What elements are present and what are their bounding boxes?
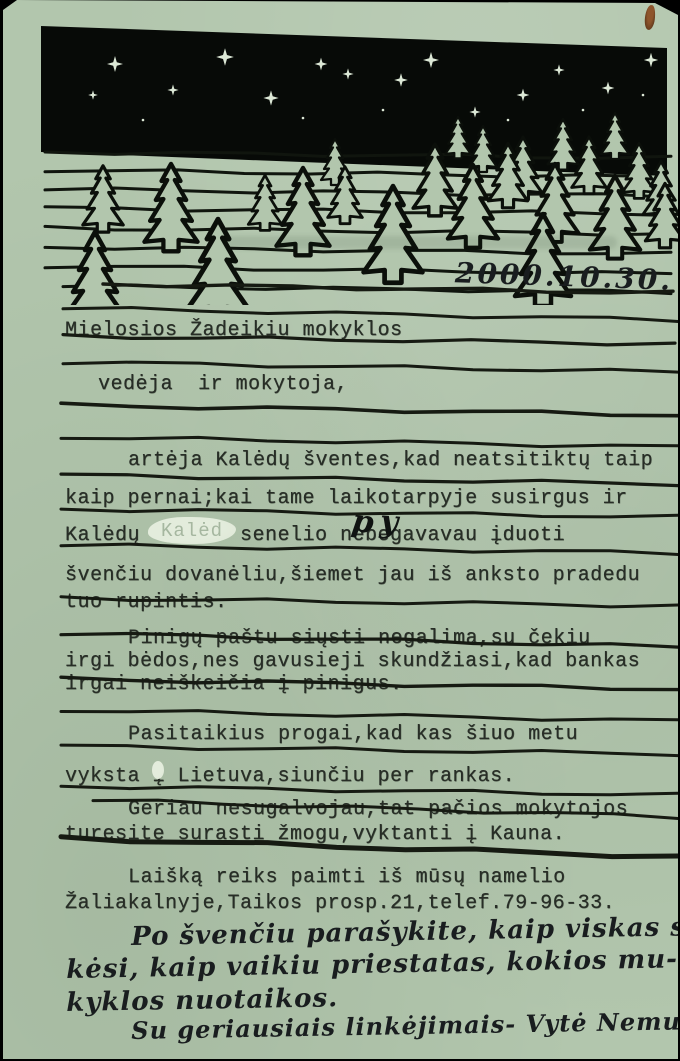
- typed-line: vedėja ir mokytoja,: [98, 374, 348, 396]
- pine-tree: [643, 161, 679, 221]
- winter-forest-illustration: [3, 0, 680, 305]
- pine-tree: [504, 137, 542, 200]
- whiteout-correction: Kalėd: [148, 517, 236, 544]
- stars-group: [88, 48, 658, 121]
- ruled-line: [61, 474, 679, 486]
- ink-bleedthrough: [225, 236, 617, 249]
- ruled-line: [61, 711, 679, 721]
- pine-tree: [328, 167, 363, 224]
- pine-tree: [364, 186, 423, 283]
- ruled-line: [61, 745, 679, 756]
- star-icon: [602, 82, 615, 95]
- typed-line: tuo rupintis.: [65, 592, 228, 614]
- pine-tree: [67, 232, 123, 305]
- pine-tree: [83, 166, 123, 232]
- typed-line: irgai neiškeičia į pinigus.: [65, 674, 403, 696]
- typed-line: Geriau nesugalvojau,tat pačios mokytojos: [128, 799, 628, 821]
- pine-tree: [622, 143, 656, 198]
- typed-line: Laišką reiks paimti iš mūsų namelio: [128, 867, 566, 889]
- ink-overstrike: p: [351, 511, 375, 534]
- typed-line: kaip pernai;kai tame laikotarpyje susirg…: [65, 488, 628, 510]
- pine-tree: [144, 164, 197, 251]
- rust-stain: [644, 4, 657, 30]
- pine-tree: [601, 113, 629, 159]
- handwritten-date: 2000.10.30.: [454, 256, 673, 297]
- typed-line: vyksta į Lietuva,siunčiu per rankas.: [65, 766, 515, 788]
- star-icon: [167, 84, 178, 95]
- typed-line: Kalėdų: [65, 525, 140, 547]
- letter-paper: Mielosios Žadeikiu mokyklosvedėja ir mok…: [3, 0, 678, 1059]
- star-icon: [315, 58, 328, 71]
- star-icon: [263, 90, 278, 105]
- ink-overstrike: y: [379, 511, 398, 532]
- pine-tree: [445, 117, 470, 158]
- star-icon: [394, 73, 408, 87]
- whiteout-ghost-text: Kalėd: [161, 520, 223, 542]
- pine-tree: [572, 137, 607, 194]
- ruled-line: [61, 403, 679, 416]
- pine-tree: [187, 219, 249, 305]
- pine-tree: [248, 175, 282, 230]
- pine-tree: [645, 183, 680, 247]
- star-icon: [423, 52, 439, 68]
- typed-line: senelio nebegavavau įduoti: [240, 525, 565, 547]
- typed-line: turesite surasti žmogu,vyktanti į Kauna.: [65, 824, 565, 846]
- pine-tree: [321, 139, 349, 185]
- star-icon: [88, 90, 98, 100]
- typed-line: Mielosios Žadeikiu mokyklos: [65, 320, 403, 342]
- typed-line: irgi bėdos,nes gavusieji skundžiasi,kad …: [65, 651, 640, 673]
- scanned-letter: Mielosios Žadeikiu mokyklosvedėja ir mok…: [0, 0, 680, 1061]
- star-icon: [644, 53, 658, 67]
- typed-line: Pinigų paštu siųsti negalima,su čekiu: [128, 628, 591, 650]
- pine-tree: [531, 164, 579, 242]
- ruled-line: [61, 437, 679, 446]
- star-icon: [553, 64, 564, 75]
- typed-line: artėja Kalėdų šventes,kad neatsitiktų ta…: [128, 450, 653, 472]
- whiteout-dot: [152, 761, 164, 779]
- ruled-line: [63, 362, 678, 372]
- pine-tree: [548, 119, 579, 170]
- star-icon: [469, 106, 480, 117]
- pine-tree: [469, 126, 497, 172]
- night-sky: [41, 26, 667, 176]
- pine-tree: [488, 143, 527, 207]
- typed-line: Žaliakalnyje,Taikos prosp.21,telef.79-96…: [65, 893, 615, 915]
- star-icon: [216, 48, 234, 66]
- star-icon: [107, 56, 123, 72]
- star-icon: [342, 68, 353, 79]
- pine-tree: [413, 144, 457, 216]
- star-icon: [517, 89, 530, 102]
- typed-line: Pasitaikius progai,kad kas šiuo metu: [128, 724, 578, 746]
- typed-line: švenčiu dovanėliu,šiemet jau iš anksto p…: [65, 565, 640, 587]
